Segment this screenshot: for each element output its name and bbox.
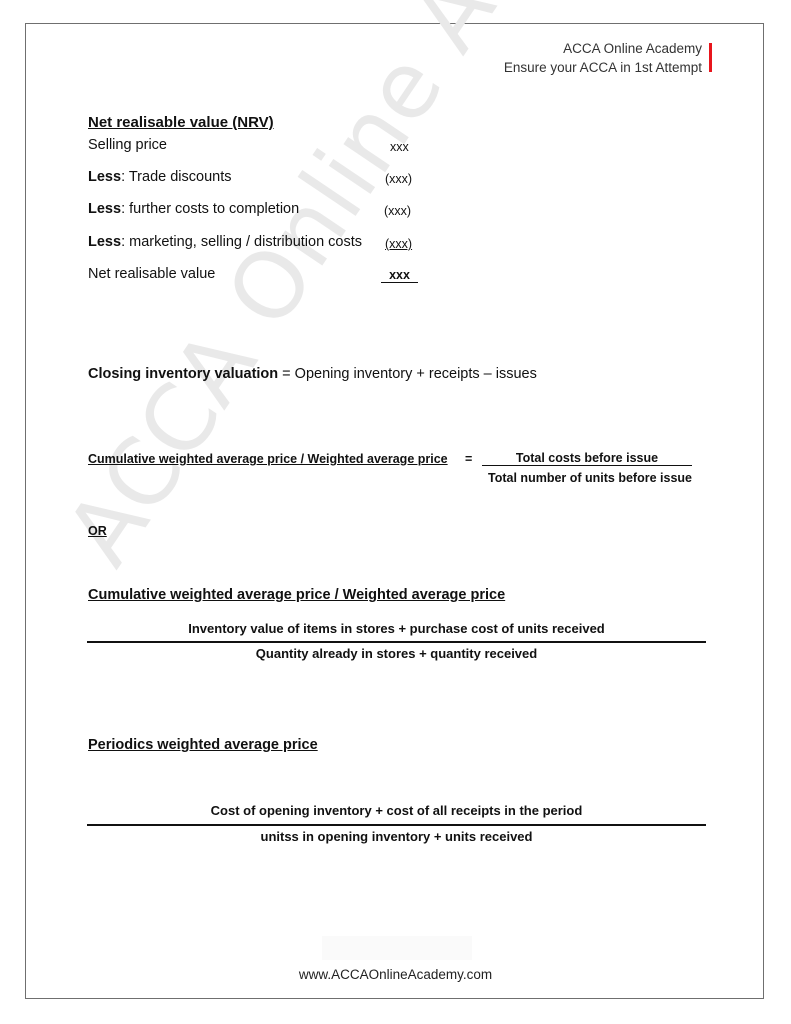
cwap-equals: =	[465, 452, 472, 466]
nrv-row: Selling price	[88, 137, 428, 153]
nrv-row: Less: further costs to completion	[88, 201, 428, 217]
cwap2-numerator: Inventory value of items in stores + pur…	[88, 621, 705, 636]
nrv-title: Net realisable value (NRV)	[88, 114, 274, 131]
nrv-row-prefix: Less	[88, 201, 121, 217]
closing-inventory-label: Closing inventory valuation	[88, 366, 278, 382]
footer-url[interactable]: www.ACCAOnlineAcademy.com	[0, 967, 791, 982]
or-label: OR	[88, 524, 107, 538]
nrv-row-label: : marketing, selling / distribution cost…	[121, 234, 362, 250]
closing-inventory-expression: = Opening inventory + receipts – issues	[278, 366, 537, 382]
cwap2-denominator: Quantity already in stores + quantity re…	[88, 646, 705, 661]
cwap-numerator: Total costs before issue	[482, 451, 692, 466]
nrv-row-label: : further costs to completion	[121, 201, 299, 217]
cwap-label: Cumulative weighted average price / Weig…	[88, 452, 448, 466]
cwap2-heading: Cumulative weighted average price / Weig…	[88, 587, 505, 603]
nrv-row-value: (xxx)	[385, 237, 412, 251]
nrv-total-row: Net realisable value	[88, 266, 428, 282]
footer-shade	[322, 936, 472, 960]
nrv-row-label: : Trade discounts	[121, 169, 231, 185]
nrv-row-label: Net realisable value	[88, 266, 215, 282]
cwap2-fraction-rule	[87, 641, 706, 643]
nrv-row: Less: marketing, selling / distribution …	[88, 234, 428, 250]
nrv-total-value: xxx	[381, 268, 418, 283]
nrv-row-label: Selling price	[88, 137, 167, 153]
periodic-denominator: unitss in opening inventory + units rece…	[88, 829, 705, 844]
periodic-numerator: Cost of opening inventory + cost of all …	[88, 803, 705, 818]
nrv-row-prefix: Less	[88, 169, 121, 185]
header-accent-bar	[709, 43, 712, 72]
nrv-row: Less: Trade discounts	[88, 169, 428, 185]
periodic-fraction-rule	[87, 824, 706, 826]
header-tagline: Ensure your ACCA in 1st Attempt	[504, 58, 702, 77]
nrv-row-prefix: Less	[88, 234, 121, 250]
periodic-heading: Periodics weighted average price	[88, 737, 318, 753]
nrv-row-value: (xxx)	[384, 204, 411, 218]
header-branding: ACCA Online Academy Ensure your ACCA in …	[504, 39, 702, 77]
header-academy-name: ACCA Online Academy	[504, 39, 702, 58]
nrv-row-value: xxx	[390, 140, 409, 154]
nrv-row-value: (xxx)	[385, 172, 412, 186]
closing-inventory-formula: Closing inventory valuation = Opening in…	[88, 366, 537, 382]
cwap-denominator: Total number of units before issue	[482, 471, 692, 485]
